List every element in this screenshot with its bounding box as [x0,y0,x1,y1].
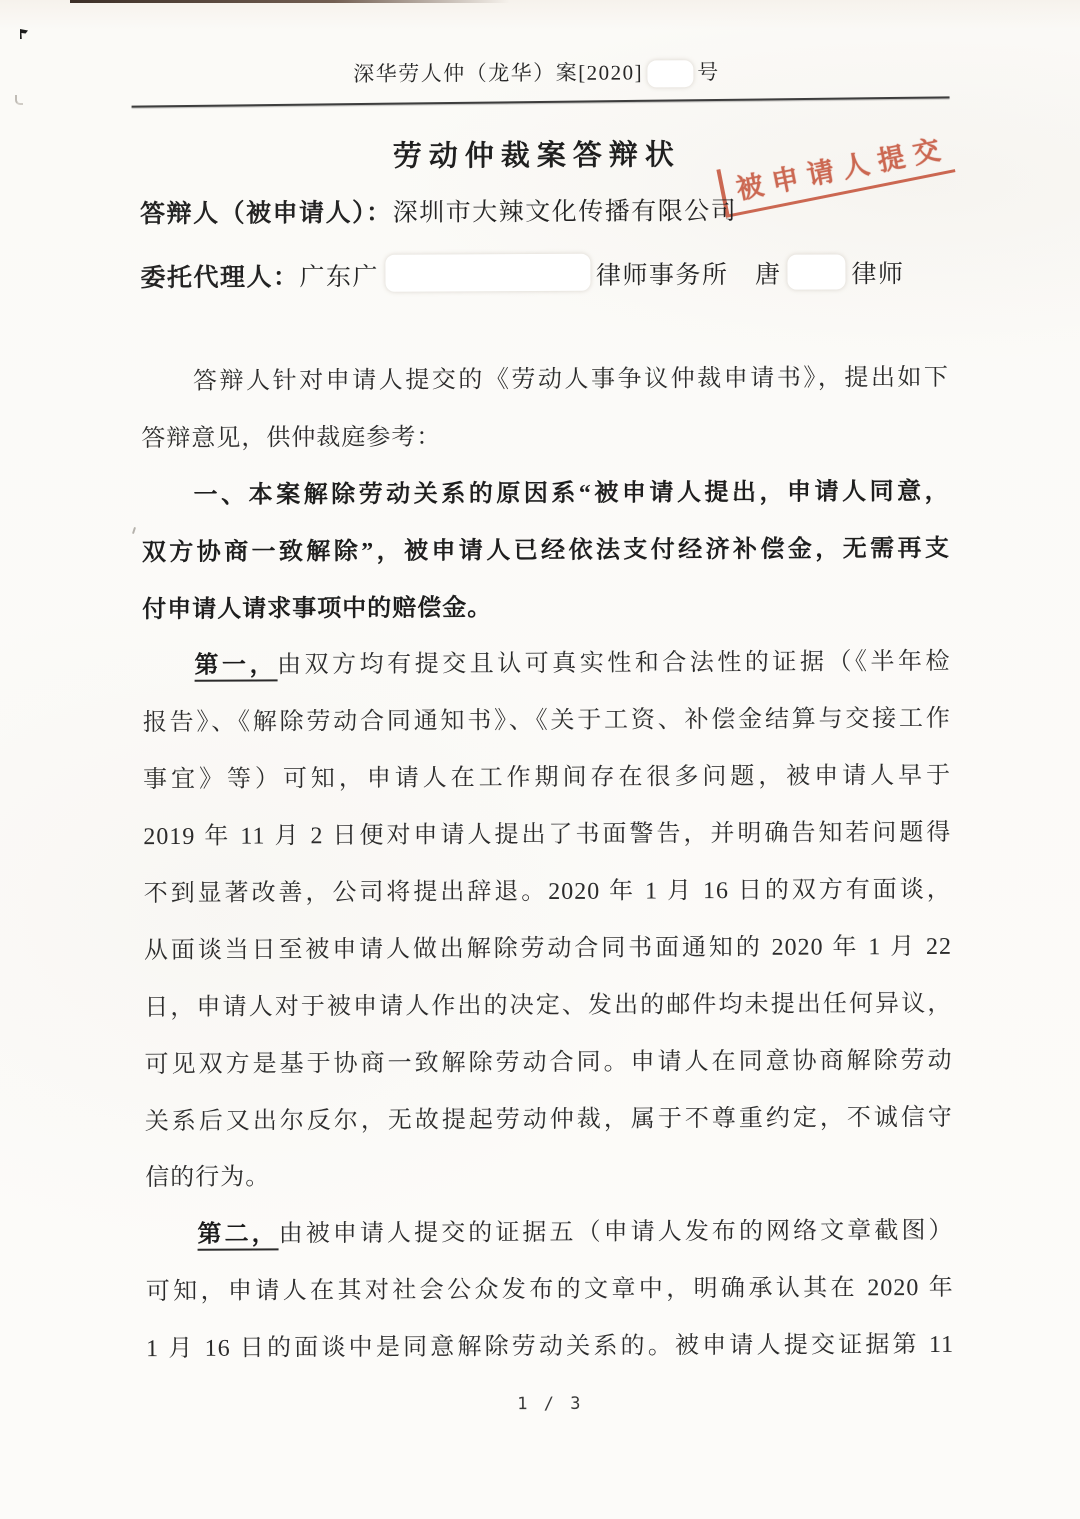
case-number-prefix: 深华劳人仲（龙华）案[2020] [353,60,643,86]
agent-label: 委托代理人： [140,264,299,292]
body-line: 第二，由被申请人提交的证据五（申请人发布的网络文章截图） [145,1203,953,1264]
agent-line: 委托代理人：广东广律师事务所 唐律师 [140,252,955,294]
body-line: 不到显著改善，公司将提出辞退。2020 年 1 月 16 日的双方有面谈， [144,862,952,923]
agent-firm-suffix: 律师事务所 唐 [596,262,782,290]
header-divider [132,96,950,107]
body-line: 一、本案解除劳动关系的原因系“被申请人提出，申请人同意， [141,464,949,525]
respondent-value: 深圳市大辣文化传播有限公司 [393,198,738,227]
body-text: 答辩人针对申请人提交的《劳动人事争议仲裁申请书》，提出如下 答辩意见，供仲裁庭参… [141,350,954,1378]
body-line: 日，申请人对于被申请人作出的决定、发出的邮件均未提出任何异议， [144,976,952,1037]
body-line: 可知，申请人在其对社会公众发布的文章中，明确承认其在 2020 年 [146,1260,954,1321]
body-line: 可见双方是基于协商一致解除劳动合同。申请人在同意协商解除劳动 [144,1033,952,1094]
scanned-document-page: 深华劳人仲（龙华）案[2020]号 劳动仲裁案答辩状 被申请人提交 答辩人（被申… [0,0,1080,1519]
body-line: 第一，由双方均有提交且认可真实性和合法性的证据（《半年检 [142,634,950,695]
respondent-line: 答辩人（被申请人）：深圳市大辣文化传播有限公司 [140,190,955,230]
body-line: 付申请人请求事项中的赔偿金。 [142,577,950,638]
body-line: 关系后又出尔反尔，无故提起劳动仲裁，属于不尊重约定，不诚信守 [145,1089,953,1150]
clause-lead: 第一， [194,653,277,682]
body-line: 答辩意见，供仲裁庭参考： [141,407,949,468]
body-line: 1 月 16 日的面谈中是同意解除劳动关系的。被申请人提交证据第 11 [146,1317,954,1378]
page-number: 1 / 3 [146,1392,954,1416]
body-line: 事宜》等）可知，申请人在工作期间存在很多问题，被申请人早于 [143,748,951,809]
redaction-box [787,254,845,289]
redaction-box [385,254,590,292]
body-line: 信的行为。 [145,1146,953,1207]
respondent-label: 答辩人（被申请人）： [140,200,393,228]
body-line: 报告》、《解除劳动合同通知书》、《关于工资、补偿金结算与交接工作 [143,691,951,752]
body-line: 2019 年 11 月 2 日便对申请人提出了书面警告，并明确告知若问题得 [143,805,951,866]
body-line: 从面谈当日至被申请人做出解除劳动合同书面通知的 2020 年 1 月 22 [144,919,952,980]
case-number-suffix: 号 [697,60,720,84]
body-line: 双方协商一致解除”，被申请人已经依法支付经济补偿金，无需再支 [142,521,950,582]
clause-lead: 第二， [197,1222,278,1251]
redaction-box [647,60,693,87]
case-number-line: 深华劳人仲（龙华）案[2020]号 [0,54,1076,91]
body-line: 答辩人针对申请人提交的《劳动人事争议仲裁申请书》，提出如下 [141,350,949,411]
document-content: 深华劳人仲（龙华）案[2020]号 劳动仲裁案答辩状 被申请人提交 答辩人（被申… [0,0,1080,1519]
agent-title: 律师 [851,261,904,288]
agent-firm-prefix: 广东广 [299,264,379,291]
